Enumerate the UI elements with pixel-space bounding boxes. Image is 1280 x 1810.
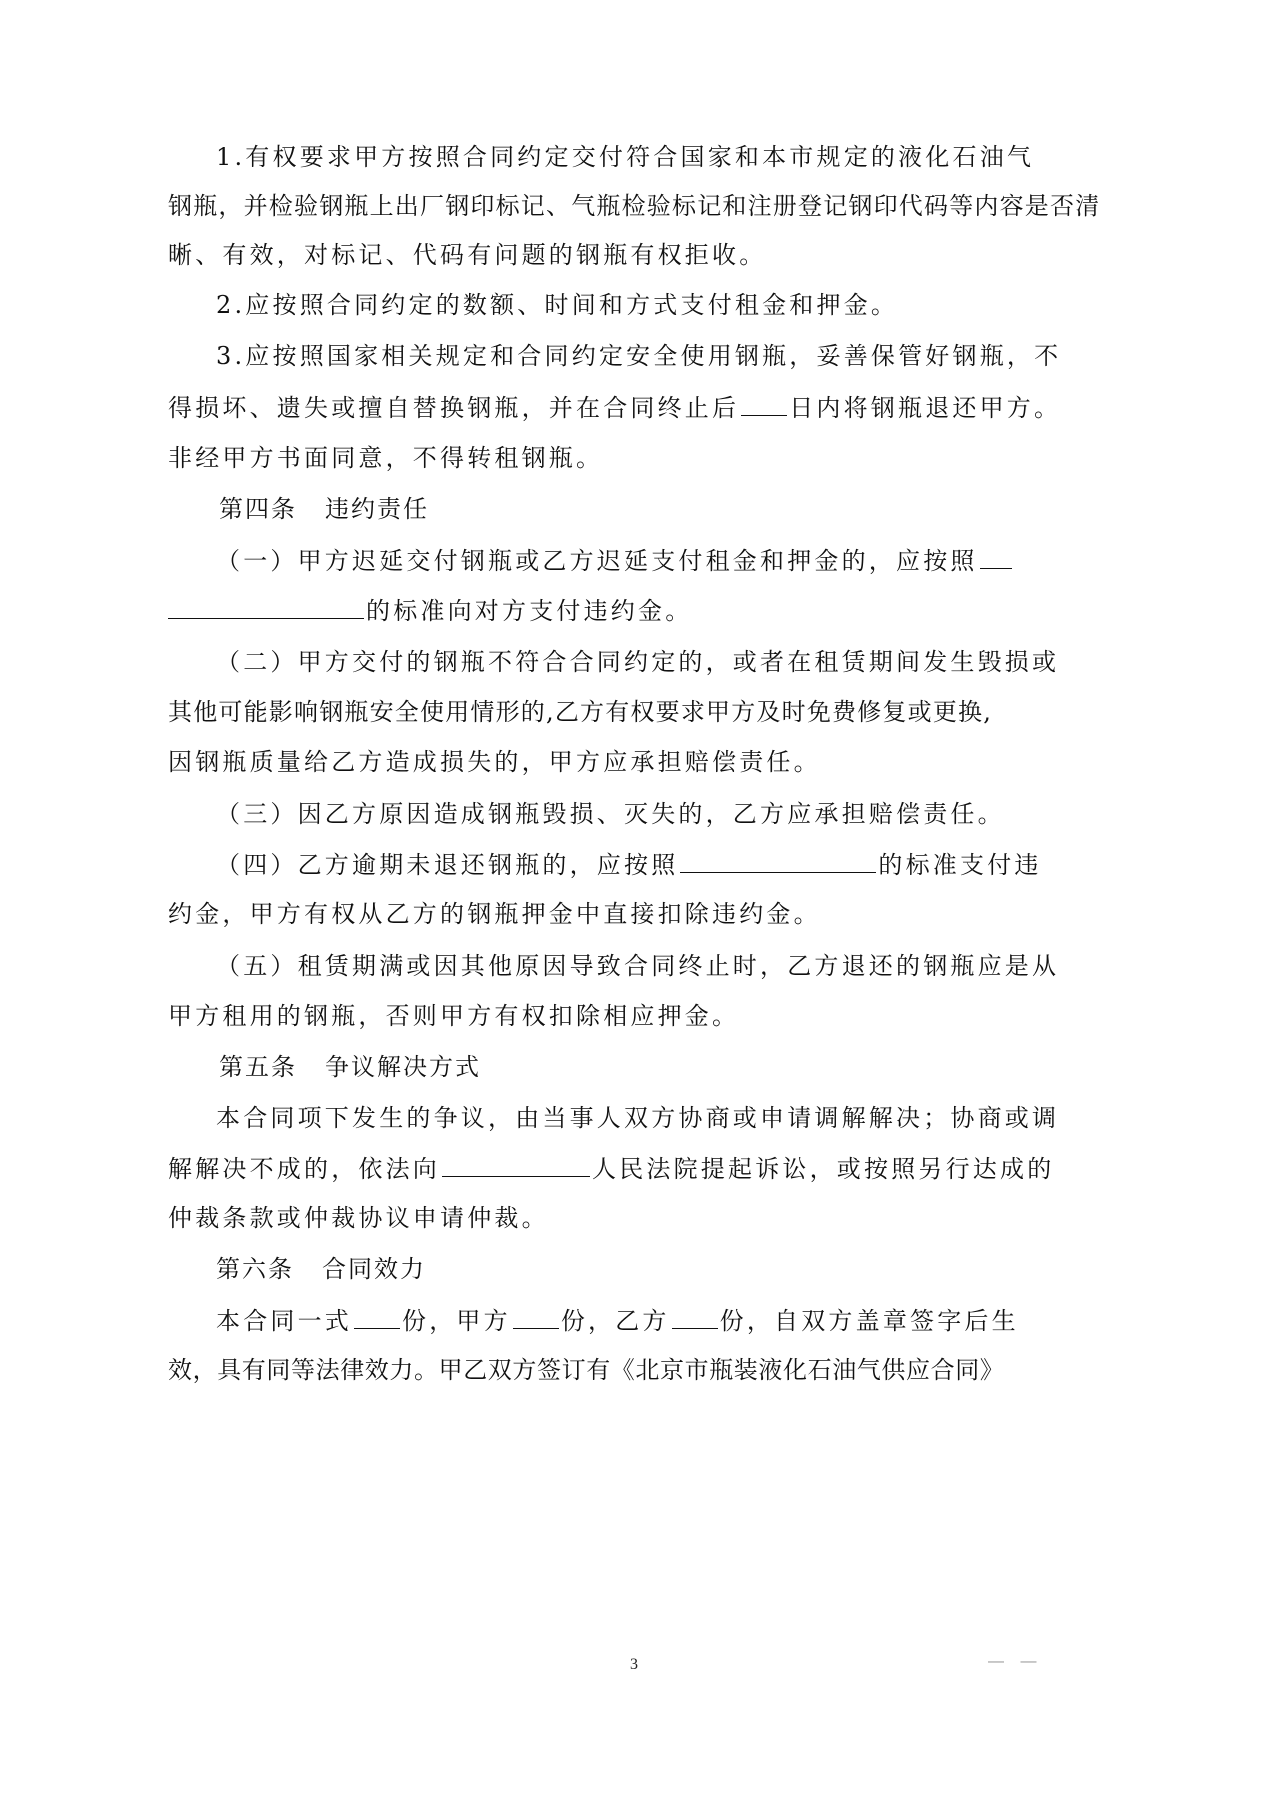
- item3-line3: 非经甲方书面同意，不得转租钢瓶。: [168, 440, 958, 476]
- document-page: 1.有权要求甲方按照合同约定交付符合国家和本市规定的液化石油气 钢瓶，并检验钢瓶…: [0, 0, 1280, 1810]
- article6-heading: 第六条合同效力: [216, 1251, 1006, 1287]
- article4-p4-line1: （四）乙方逾期未退还钢瓶的，应按照的标准支付违: [216, 846, 1006, 882]
- total-copies-blank[interactable]: [354, 1302, 400, 1329]
- item1-line1: 1.有权要求甲方按照合同约定交付符合国家和本市规定的液化石油气: [216, 139, 1006, 175]
- article5-p1-text-a: 解解决不成的，依法向: [168, 1155, 440, 1183]
- article4-p1-line1: （一）甲方迟延交付钢瓶或乙方迟延支付租金和押金的，应按照: [216, 542, 1006, 578]
- article6-seg3: 份，乙方: [561, 1307, 670, 1335]
- article6-p1-line2: 效，具有同等法律效力。甲乙双方签订有《北京市瓶装液化石油气供应合同》: [168, 1352, 958, 1388]
- days-blank[interactable]: [741, 389, 787, 416]
- article4-p5-line1: （五）租赁期满或因其他原因导致合同终止时，乙方退还的钢瓶应是从: [216, 948, 1006, 984]
- penalty-standard-blank-1b[interactable]: [168, 592, 364, 619]
- article6-title: 合同效力: [322, 1255, 426, 1283]
- party-a-copies-blank[interactable]: [513, 1302, 559, 1329]
- article5-p1-line3: 仲裁条款或仲裁协议申请仲裁。: [168, 1200, 958, 1236]
- article6-seg2: 份，甲方: [402, 1307, 511, 1335]
- item3-line2: 得损坏、遗失或擅自替换钢瓶，并在合同终止后日内将钢瓶退还甲方。: [168, 389, 958, 425]
- article5-heading: 第五条争议解决方式: [219, 1049, 1009, 1085]
- page-number: 3: [630, 1656, 638, 1674]
- item3-line2-text-b: 日内将钢瓶退还甲方。: [789, 394, 1061, 422]
- article4-p4-text-a: （四）乙方逾期未退还钢瓶的，应按照: [216, 851, 678, 879]
- article6-seg4: 份，自双方盖章签字后生: [720, 1307, 1019, 1335]
- article4-p1-text: （一）甲方迟延交付钢瓶或乙方迟延支付租金和押金的，应按照: [216, 547, 978, 575]
- article4-p2-line3: 因钢瓶质量给乙方造成损失的，甲方应承担赔偿责任。: [168, 744, 958, 780]
- item1-line2: 钢瓶，并检验钢瓶上出厂钢印标记、气瓶检验标记和注册登记钢印代码等内容是否清: [168, 188, 958, 224]
- article4-p2-line2: 其他可能影响钢瓶安全使用情形的,乙方有权要求甲方及时免费修复或更换,: [168, 694, 958, 730]
- item3-line1: 3.应按照国家相关规定和合同约定安全使用钢瓶，妥善保管好钢瓶，不: [216, 338, 1006, 374]
- article4-p4-line2: 约金，甲方有权从乙方的钢瓶押金中直接扣除违约金。: [168, 896, 958, 932]
- article5-title: 争议解决方式: [325, 1053, 481, 1081]
- article6-number: 第六条: [216, 1255, 294, 1283]
- article4-p5-line2: 甲方租用的钢瓶，否则甲方有权扣除相应押金。: [168, 998, 958, 1034]
- penalty-standard-blank-1a[interactable]: [980, 542, 1012, 569]
- article6-seg1: 本合同一式: [216, 1307, 352, 1335]
- article4-number: 第四条: [219, 495, 297, 523]
- item3-line2-text-a: 得损坏、遗失或擅自替换钢瓶，并在合同终止后: [168, 394, 739, 422]
- article6-p1-line1: 本合同一式份，甲方份，乙方份，自双方盖章签字后生: [216, 1302, 1006, 1338]
- article5-p1-line2: 解解决不成的，依法向人民法院提起诉讼，或按照另行达成的: [168, 1150, 958, 1186]
- overdue-penalty-blank[interactable]: [680, 846, 876, 873]
- article5-number: 第五条: [219, 1053, 297, 1081]
- item2-line1: 2.应按照合同约定的数额、时间和方式支付租金和押金。: [216, 287, 1006, 323]
- article5-p1-text-b: 人民法院提起诉讼，或按照另行达成的: [592, 1155, 1054, 1183]
- article4-p1-line2: 的标准向对方支付违约金。: [168, 592, 958, 628]
- article4-p1-line2-text: 的标准向对方支付违约金。: [366, 597, 692, 625]
- article4-p4-text-b: 的标准支付违: [878, 851, 1041, 879]
- item1-line3: 晰、有效，对标记、代码有问题的钢瓶有权拒收。: [168, 237, 958, 273]
- article5-p1-line1: 本合同项下发生的争议，由当事人双方协商或申请调解解决；协商或调: [216, 1100, 1006, 1136]
- article4-p3-line1: （三）因乙方原因造成钢瓶毁损、灭失的，乙方应承担赔偿责任。: [216, 796, 1006, 832]
- footer-dashes: — —: [988, 1653, 1042, 1671]
- party-b-copies-blank[interactable]: [672, 1302, 718, 1329]
- court-name-blank[interactable]: [442, 1150, 590, 1177]
- article4-p2-line1: （二）甲方交付的钢瓶不符合合同约定的，或者在租赁期间发生毁损或: [216, 644, 1006, 680]
- article4-title: 违约责任: [325, 495, 429, 523]
- article4-heading: 第四条违约责任: [219, 491, 1009, 527]
